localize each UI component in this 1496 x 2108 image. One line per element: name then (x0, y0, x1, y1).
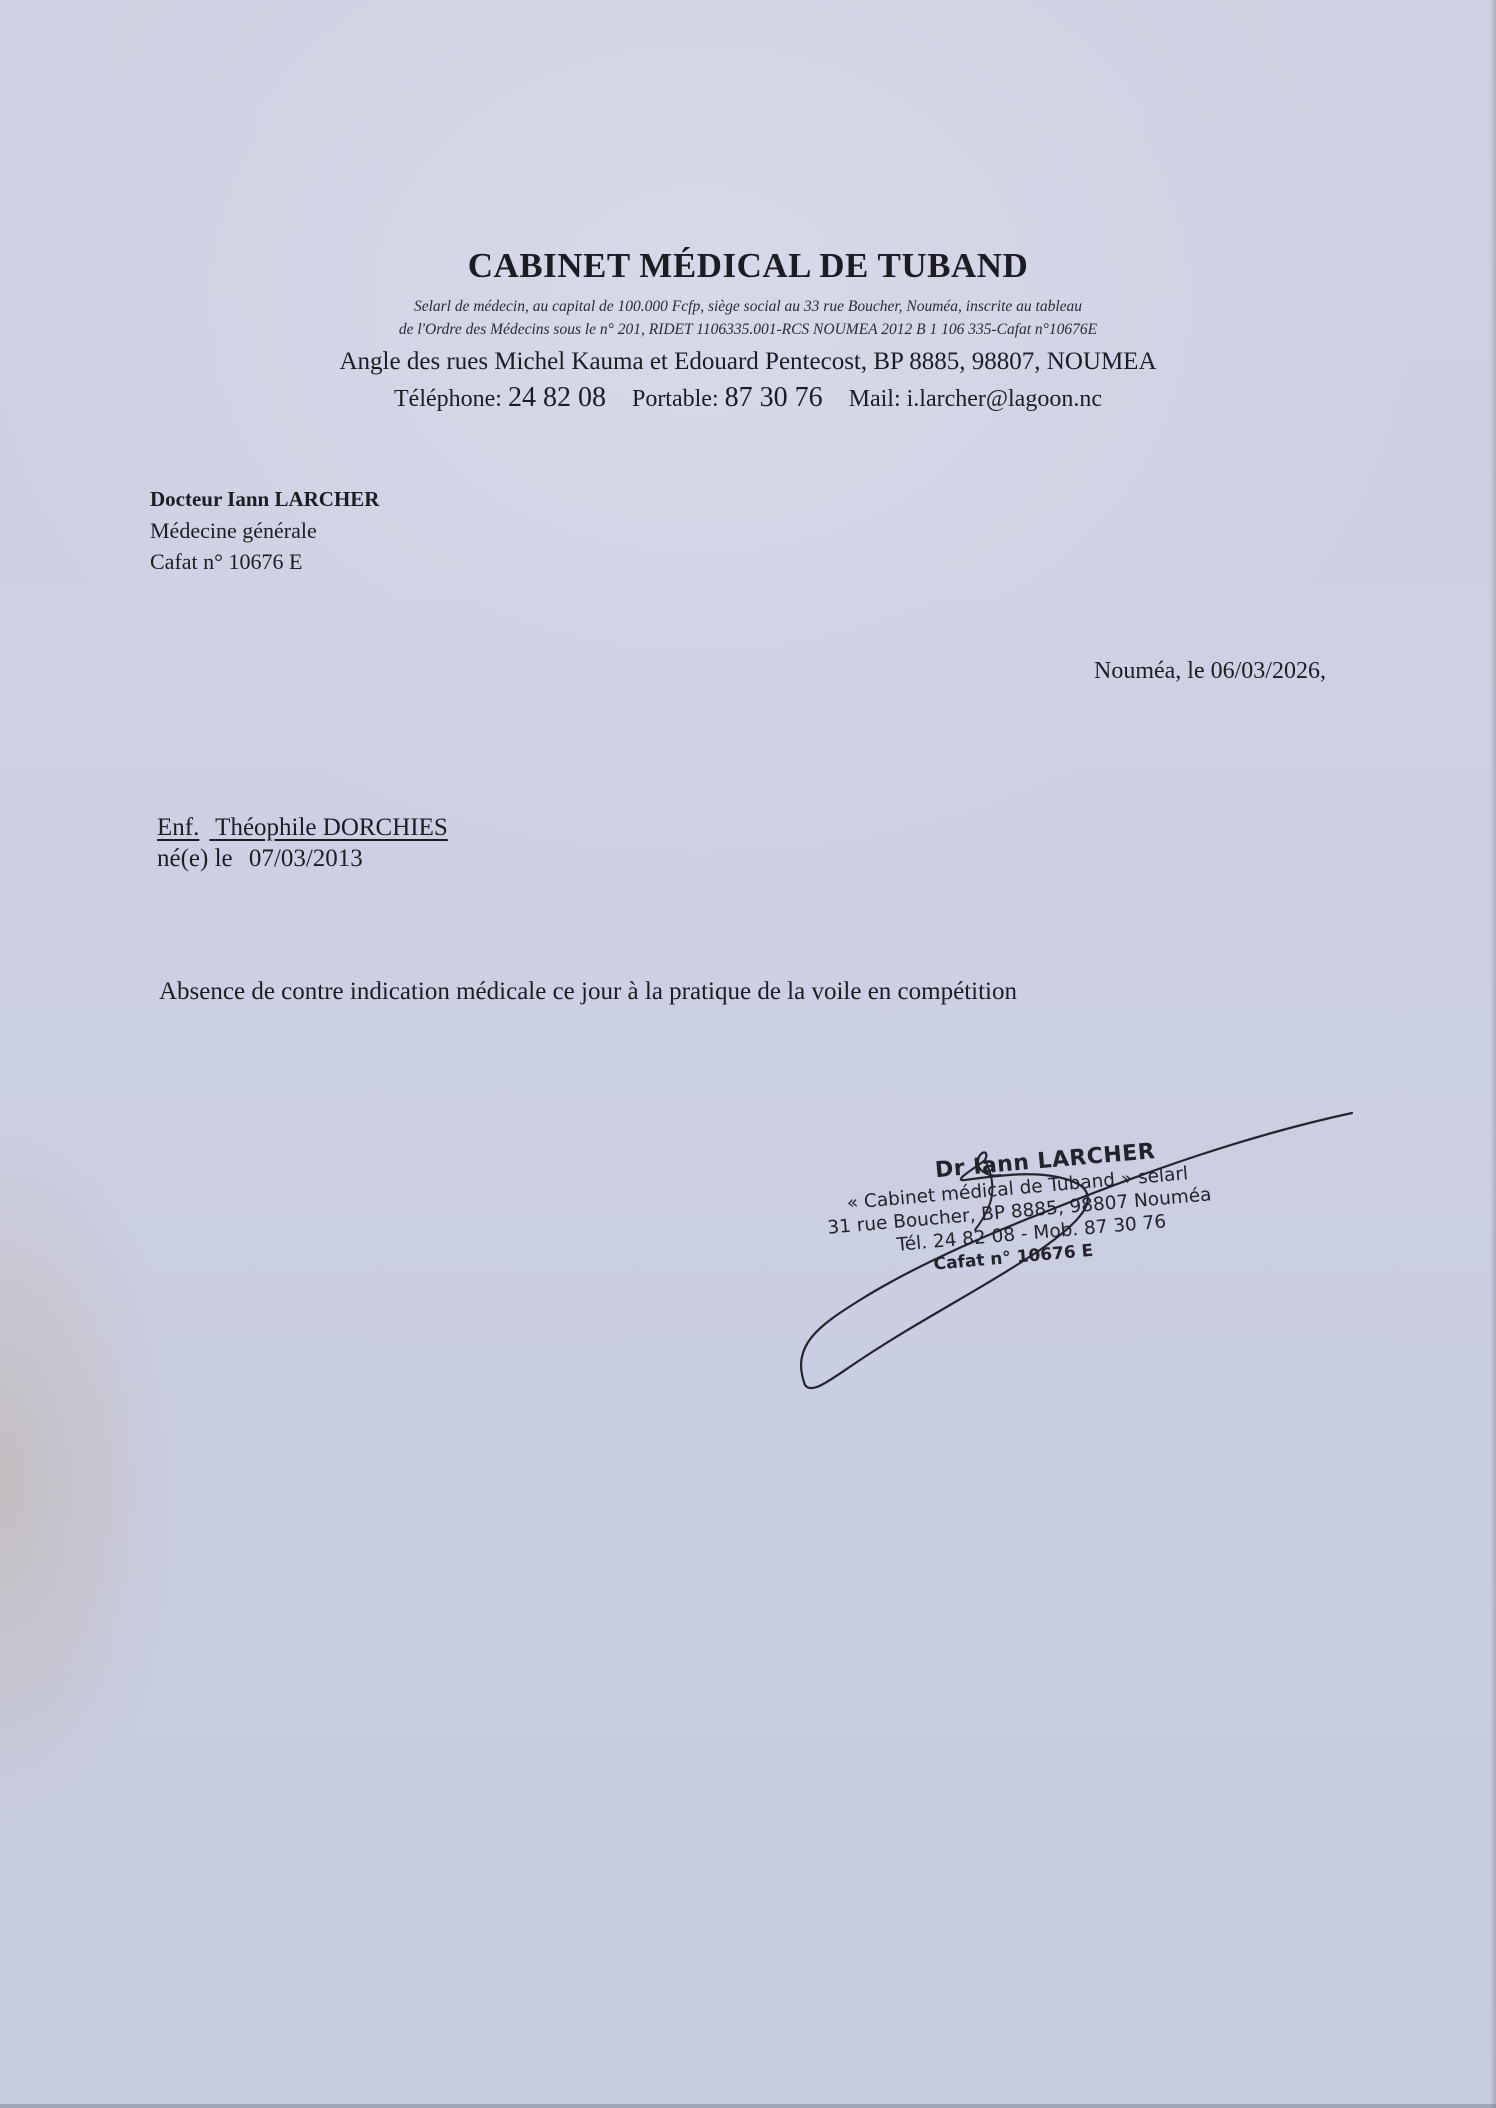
letterhead-contact: Téléphone: 24 82 08 Portable: 87 30 76 M… (0, 382, 1496, 414)
letterhead-legal-line-2: de l'Ordre des Médecins sous le n° 201, … (0, 321, 1496, 339)
doctor-cafat: Cafat n° 10676 E (150, 546, 379, 577)
certificate-statement: Absence de contre indication médicale ce… (159, 978, 1017, 1006)
mail-address: i.larcher@lagoon.nc (907, 386, 1102, 412)
mobile-number: 87 30 76 (725, 382, 823, 413)
doctor-name-line: Docteur Iann LARCHER (150, 484, 379, 515)
birth-date: 07/03/2013 (249, 845, 363, 872)
mail-label: Mail: (849, 386, 901, 412)
signature (0, 0, 1496, 2108)
doctor-title: Docteur (150, 487, 222, 511)
patient-prefix: Enf. (157, 814, 199, 841)
letterhead-legal-line-1: Selarl de médecin, au capital de 100.000… (0, 298, 1496, 316)
birth-label: né(e) le (157, 845, 233, 872)
date-line: Nouméa, le 06/03/2026, (1094, 658, 1326, 685)
patient-name: Théophile DORCHIES (215, 814, 448, 841)
letterhead-address: Angle des rues Michel Kauma et Edouard P… (0, 348, 1496, 376)
doctor-block: Docteur Iann LARCHER Médecine générale C… (150, 484, 379, 577)
mobile-label: Portable: (632, 386, 719, 412)
paper-edge-bottom (0, 2104, 1496, 2108)
doctor-name: Iann LARCHER (227, 487, 379, 511)
phone-number: 24 82 08 (508, 382, 606, 413)
paper-edge (1490, 0, 1496, 2108)
patient-birth-line: né(e) le 07/03/2013 (157, 843, 448, 874)
doctor-stamp: Dr Iann LARCHER « Cabinet médical de Tub… (800, 1133, 1238, 1286)
phone-label: Téléphone: (394, 386, 502, 412)
doctor-specialty: Médecine générale (150, 515, 379, 546)
patient-block: Enf. Théophile DORCHIES né(e) le 07/03/2… (157, 812, 448, 874)
patient-name-line: Enf. Théophile DORCHIES (157, 812, 448, 843)
document-page: CABINET MÉDICAL DE TUBAND Selarl de méde… (0, 0, 1496, 2108)
letterhead-title: CABINET MÉDICAL DE TUBAND (0, 246, 1496, 286)
